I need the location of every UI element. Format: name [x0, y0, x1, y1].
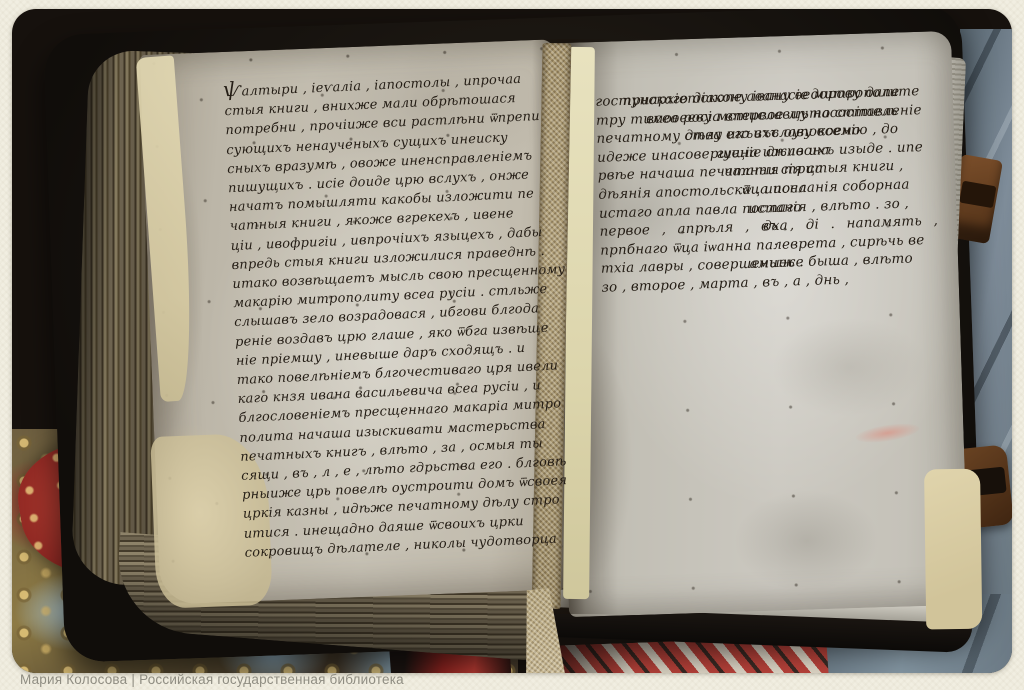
left-page-text: ѱалтыри , іеѵаліа , іапостолы , ипрочаас…: [223, 66, 557, 563]
photo-caption: Мария Колосова|Российская государственна…: [20, 672, 408, 687]
pink-smudge: [855, 420, 921, 446]
caption-source: Российская государственная библиотека: [139, 672, 408, 687]
framed-photo-card: ѱалтыри , іеѵаліа , іапостолы , ипрочаас…: [0, 0, 1024, 690]
photo: ѱалтыри , іеѵаліа , іапостолы , ипрочаас…: [12, 9, 1012, 673]
right-page-text: гостунскаго діакону івану ѳедорову дапет…: [595, 81, 953, 279]
caption-author: Мария Колосова: [20, 672, 131, 687]
caption-separator: |: [131, 672, 139, 687]
paper-repair-patch: [924, 469, 982, 630]
colophon-text: гостунскаго діакону івану ѳедорову дапет…: [595, 82, 940, 298]
clasp-strap: [959, 181, 996, 209]
